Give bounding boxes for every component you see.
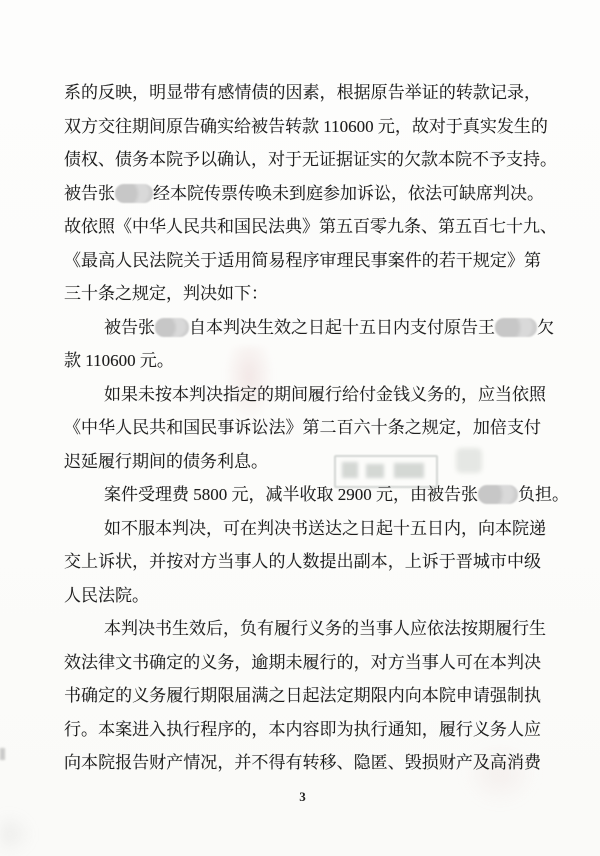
redaction-mosaic	[478, 485, 518, 504]
text-line: 案件受理费 5800 元，减半收取 2900 元，由被告张负担。	[64, 478, 541, 512]
text-segment: 故依照《中华人民共和国民法典》第五百零九条、第五百七十九、	[64, 217, 557, 236]
text-line: 向本院报告财产情况，并不得有转移、隐匿、毁损财产及高消费	[64, 746, 541, 780]
redaction-mosaic	[115, 184, 153, 203]
text-line: 行。本案进入执行程序的，本内容即为执行通知，履行义务人应	[64, 713, 541, 747]
text-segment: 效法律文书确定的义务，逾期未履行的，对方当事人可在本判决	[64, 653, 541, 672]
text-segment: 经本院传票传唤未到庭参加诉讼，依法可缺席判决。	[153, 184, 544, 203]
judgment-text-block: 系的反映，明显带有感情债的因素，根据原告举证的转款记录， 双方交往期间原告确实给…	[64, 76, 541, 805]
text-line: 书确定的义务履行期限届满之日起法定期限内向本院申请强制执	[64, 679, 541, 713]
text-segment: 双方交往期间原告确实给被告转款 110600 元，故对于真实发生的	[64, 117, 548, 136]
text-segment: 交上诉状，并按对方当事人的人数提出副本，上诉于晋城市中级	[64, 552, 541, 571]
text-segment: 被告张	[104, 318, 155, 337]
text-segment: 款 110600 元。	[64, 351, 174, 370]
text-line: 故依照《中华人民共和国民法典》第五百零九条、第五百七十九、	[64, 210, 541, 244]
text-line: 被告张自本判决生效之日起十五日内支付原告王欠	[64, 311, 541, 345]
text-segment: 迟延履行期间的债务利息。	[64, 452, 268, 471]
text-segment: 三十条之规定，判决如下：	[64, 284, 268, 303]
text-line: 双方交往期间原告确实给被告转款 110600 元，故对于真实发生的	[64, 110, 541, 144]
text-line: 款 110600 元。	[64, 344, 541, 378]
text-line: 被告张经本院传票传唤未到庭参加诉讼，依法可缺席判决。	[64, 177, 541, 211]
text-segment: 被告张	[64, 184, 115, 203]
text-line: 人民法院。	[64, 579, 541, 613]
text-line: 债权、债务本院予以确认，对于无证据证实的欠款本院不予支持。	[64, 143, 541, 177]
text-segment: 自本判决生效之日起十五日内支付原告王	[189, 318, 495, 337]
text-segment: 负担。	[518, 485, 569, 504]
text-segment: 《中华人民共和国民事诉讼法》第二百六十条之规定，加倍支付	[64, 418, 541, 437]
text-segment: 《最高人民法院关于适用简易程序审理民事案件的若干规定》第	[64, 251, 541, 270]
text-line: 如不服本判决，可在判决书送达之日起十五日内，向本院递	[64, 512, 541, 546]
scan-smudge	[0, 812, 34, 856]
text-line: 迟延履行期间的债务利息。	[64, 445, 541, 479]
redaction-mosaic	[155, 318, 189, 337]
text-line: 系的反映，明显带有感情债的因素，根据原告举证的转款记录，	[64, 76, 541, 110]
text-line: 《最高人民法院关于适用简易程序审理民事案件的若干规定》第	[64, 244, 541, 278]
scan-artifact	[0, 748, 5, 760]
text-line: 如果未按本判决指定的期间履行给付金钱义务的，应当依照	[64, 378, 541, 412]
text-segment: 欠	[537, 318, 554, 337]
text-line: 本判决书生效后，负有履行义务的当事人应依法按期履行生	[64, 612, 541, 646]
page-number: 3	[64, 789, 541, 805]
judgment-page-scan: 系的反映，明显带有感情债的因素，根据原告举证的转款记录， 双方交往期间原告确实给…	[0, 0, 600, 856]
text-segment: 如不服本判决，可在判决书送达之日起十五日内，向本院递	[104, 519, 546, 538]
text-line: 效法律文书确定的义务，逾期未履行的，对方当事人可在本判决	[64, 646, 541, 680]
text-line: 三十条之规定，判决如下：	[64, 277, 541, 311]
redaction-mosaic	[495, 318, 537, 337]
text-segment: 系的反映，明显带有感情债的因素，根据原告举证的转款记录，	[64, 83, 541, 102]
text-segment: 如果未按本判决指定的期间履行给付金钱义务的，应当依照	[104, 385, 546, 404]
text-segment: 本判决书生效后，负有履行义务的当事人应依法按期履行生	[104, 619, 546, 638]
text-segment: 人民法院。	[64, 586, 149, 605]
text-line: 《中华人民共和国民事诉讼法》第二百六十条之规定，加倍支付	[64, 411, 541, 445]
text-segment: 案件受理费 5800 元，减半收取 2900 元，由被告张	[104, 485, 478, 504]
text-segment: 向本院报告财产情况，并不得有转移、隐匿、毁损财产及高消费	[64, 753, 541, 772]
text-segment: 债权、债务本院予以确认，对于无证据证实的欠款本院不予支持。	[64, 150, 557, 169]
text-segment: 书确定的义务履行期限届满之日起法定期限内向本院申请强制执	[64, 686, 541, 705]
text-segment: 行。本案进入执行程序的，本内容即为执行通知，履行义务人应	[64, 720, 541, 739]
text-line: 交上诉状，并按对方当事人的人数提出副本，上诉于晋城市中级	[64, 545, 541, 579]
